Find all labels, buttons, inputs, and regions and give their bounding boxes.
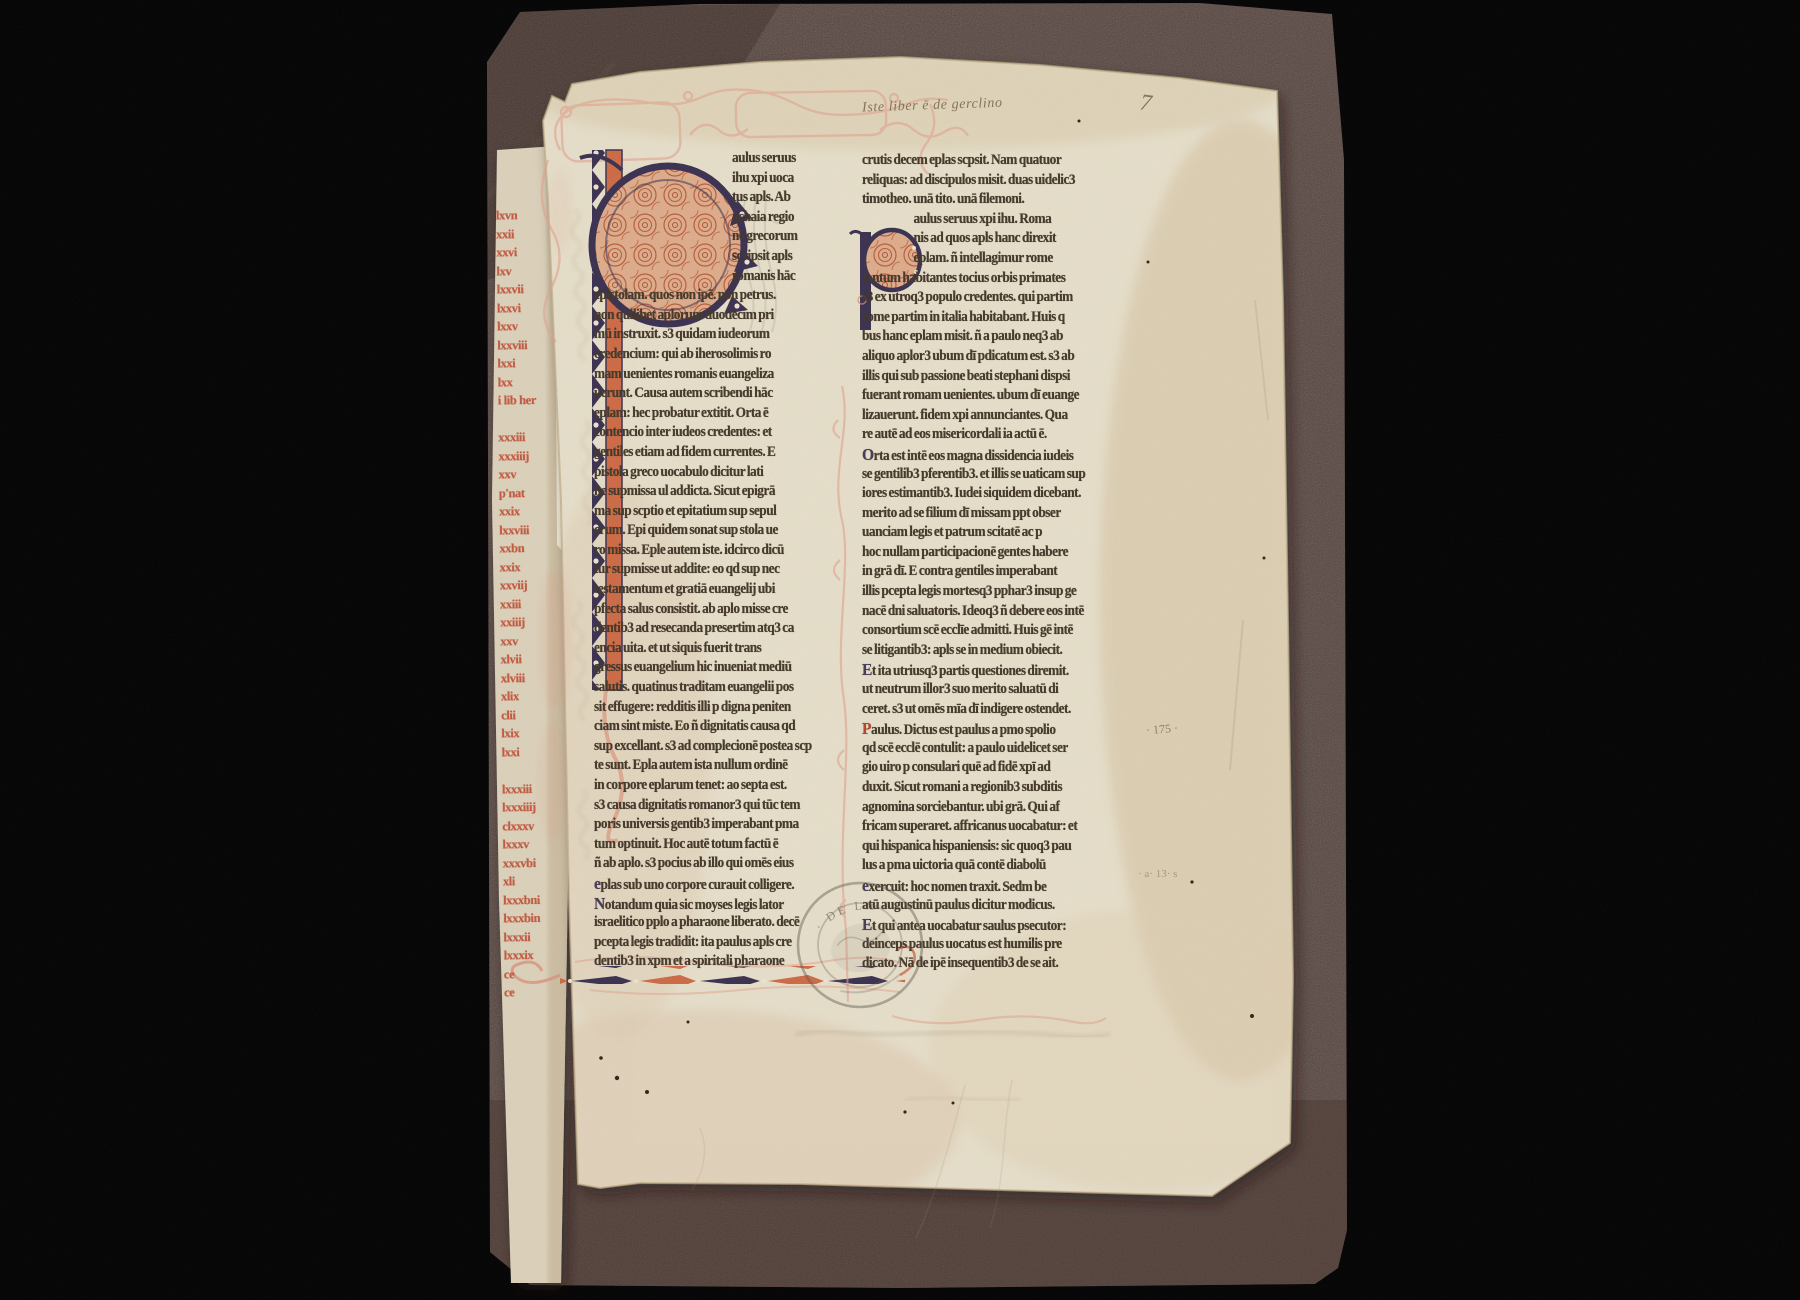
text-line: gio uiro p consulari quē ad fidē xpī ad (862, 758, 1098, 778)
text-line: fuerant romam uenientes. ubum dī euange (862, 386, 1098, 406)
text-line: testamentum et gratiā euangelij ubi (594, 580, 818, 600)
text-line: sit effugere: redditis illi p digna peni… (594, 698, 818, 718)
chapter-numeral (502, 761, 568, 780)
text-line: aulus seruus xpi ihu. Roma (862, 210, 1098, 230)
chapter-numeral: clii (501, 705, 567, 724)
right-text-column: crutis decem eplas scpsit. Nam quatuorre… (862, 151, 1118, 974)
text-line: qd scē ecclē contulit: a paulo uidelicet… (862, 739, 1098, 759)
text-line: deinceps paulus uocatus est humilis pre (862, 935, 1098, 955)
text-line: Et qui antea uocabatur saulus psecutor: (862, 915, 1098, 935)
chapter-numeral: xxxvbi (503, 853, 569, 872)
chapter-numeral: lxix (501, 724, 567, 743)
chapter-numeral (498, 409, 564, 428)
text-line: s3 ex utroq3 populo credentes. qui parti… (862, 288, 1098, 308)
text-line: epistolam. quos non ipē. non petrus. (594, 286, 818, 306)
chapter-numeral: xxvi (496, 243, 562, 262)
text-line: uerunt. Causa autem scribendi hāc (594, 384, 818, 404)
text-line: se litigantib3: apls se in medium obieci… (862, 641, 1098, 661)
text-line: poris universis gentib3 imperabant pma (594, 815, 818, 835)
text-line: illis qui sub passione beati stephani di… (862, 367, 1098, 387)
text-line: achaia regio (594, 208, 818, 228)
chapter-numeral: i lib her (498, 391, 564, 410)
text-line: in grā dī. E contra gentiles imperabant (862, 562, 1098, 582)
text-line: dentib3 in xpm et a spiritali pharaone (594, 952, 818, 972)
text-line: ut neutrum illor3 suo merito saluatū di (862, 680, 1098, 700)
chapter-numeral: lxxvi (497, 298, 563, 317)
text-line: tantum habitantes tocius orbis primates (862, 269, 1098, 289)
chapter-numeral: lxxviii (497, 335, 563, 354)
text-line: ne grecorum (594, 227, 818, 247)
text-line: aliquo aplor3 ubum dī pdicatum est. s3 a… (862, 347, 1098, 367)
text-line: crum. Epi quidem sonat sup stola ue (594, 521, 818, 541)
text-line: pfecta salus consistit. ab aplo misse cr… (594, 600, 818, 620)
text-line: uanciam legis et patrum scitatē ac p (862, 523, 1098, 543)
text-line: in corpore eplarum tenet: ao septa est. (594, 776, 818, 796)
chapter-numeral: xxii (496, 224, 562, 243)
chapter-numeral: xxiii (500, 594, 566, 613)
chapter-numeral: lxxi (501, 742, 567, 761)
text-line: scripsit apls (594, 247, 818, 267)
chapter-numeral: lxv (496, 261, 562, 280)
chapter-numeral: lxxi (497, 354, 563, 373)
chapter-numeral: lxxxii (503, 927, 569, 946)
text-line: qui hispanica hispaniensis: sic quoq3 pa… (862, 837, 1098, 857)
text-line: duxit. Sicut romani a regionib3 subditis (862, 778, 1098, 798)
text-line: ne supmissa ul addicta. Sicut epigrā (594, 482, 818, 502)
text-line: israelitico pplo a pharaone liberato. de… (594, 913, 818, 933)
text-line: ma sup scptio et epitatium sup sepul (594, 502, 818, 522)
text-line: mū instruxit. s3 quidam iudeorum (594, 325, 818, 345)
text-line: eplam: hec probatur extitit. Orta ē (594, 404, 818, 424)
chapter-numeral: xxv (499, 465, 565, 484)
text-line: romanis hāc (594, 267, 818, 287)
text-line: dentib3 ad resecanda presertim atq3 ca (594, 619, 818, 639)
chapter-numeral: lxxxiiij (502, 798, 568, 817)
chapter-numeral: lxvn (496, 206, 562, 225)
text-line: s3 causa dignitatis romanor3 qui tūc tem (594, 796, 818, 816)
text-line: re autē ad eos misericordali ia actū ē. (862, 425, 1098, 445)
text-line: ihu xpi uoca (594, 169, 818, 189)
text-line: atū augustinū paulus dicitur modicus. (862, 896, 1098, 916)
text-line: credencium: qui ab iherosolimis ro (594, 345, 818, 365)
chapter-numeral: xli (503, 872, 569, 891)
text-line: merito ad se filium dī missam ppt obser (862, 504, 1098, 524)
chapter-numeral: xxv (500, 631, 566, 650)
text-line: Paulus. Dictus est paulus a pmo spolio (862, 719, 1098, 739)
text-line: contencio inter iudeos credentes: et (594, 423, 818, 443)
text-layer: Iste liber ē de gerclino 7 lxvnxxiixxvil… (0, 0, 1800, 1300)
chapter-numeral: lxxv (497, 317, 563, 336)
chapter-numeral: xlviii (501, 668, 567, 687)
chapter-numeral: xxiiij (500, 613, 566, 632)
text-line: Notandum quia sic moyses legis lator (594, 894, 818, 914)
text-line: bus hanc eplam misit. ñ a paulo neq3 ab (862, 327, 1098, 347)
chapter-numeral: lxxxbni (503, 890, 569, 909)
text-line: pcepta legis tradidit: ita paulus apls c… (594, 933, 818, 953)
margin-note-lower: · a· 13· s (1138, 868, 1177, 880)
text-line: illis pcepta legis mortesq3 pphar3 insup… (862, 582, 1098, 602)
chapter-numeral: clxxxv (502, 816, 568, 835)
text-line: reliquas: ad discipulos misit. duas uide… (862, 171, 1098, 191)
chapter-numeral: xlvii (500, 650, 566, 669)
text-line: non quilibet aplorum duodecim pri (594, 306, 818, 326)
text-line: tur supmisse ut addite: eo qd sup nec (594, 560, 818, 580)
text-line: lus a pma uictoria quā contē diabolū (862, 856, 1098, 876)
text-line: gressus euangelium hic inueniat mediū (594, 658, 818, 678)
text-line: Orta est intē eos magna dissidencia iude… (862, 445, 1098, 465)
chapter-numeral: xxix (499, 502, 565, 521)
chapter-numeral: xlix (501, 687, 567, 706)
left-text-column: aulus seruusihu xpi uocatus apls. Abacha… (594, 149, 838, 972)
text-line: consortium scē ecclīe admitti. Huis gē i… (862, 621, 1098, 641)
text-line: tum optinuit. Hoc autē totum factū ē (594, 835, 818, 855)
text-line: rome partim in italia habitabant. Huis q (862, 308, 1098, 328)
chapter-numeral: lxxvii (497, 280, 563, 299)
chapter-numeral: lxxviii (499, 520, 565, 539)
chapter-numeral: lxxxv (502, 835, 568, 854)
text-line: ceret. s3 ut omēs mīa dī indigere ostend… (862, 700, 1098, 720)
text-line: se gentilib3 pferentib3. et illis se uat… (862, 465, 1098, 485)
text-line: iores estimantib3. Iudei siquidem diceba… (862, 484, 1098, 504)
text-line: nis ad quos apls hanc direxit (862, 229, 1098, 249)
chapter-numeral: p'nat (499, 483, 565, 502)
chapter-numeral: xxxiii (498, 428, 564, 447)
text-line: eplam. ñ intellagimur rome (862, 249, 1098, 269)
text-line: encia uita. et ut siquis fuerit trans (594, 639, 818, 659)
chapter-numeral: xxix (500, 557, 566, 576)
margin-note-upper: · 175 · (1146, 721, 1179, 738)
text-line: aulus seruus (594, 149, 818, 169)
chapter-numeral: xxxiiij (498, 446, 564, 465)
text-line: eplas sub uno corpore curauit colligere. (594, 874, 818, 894)
text-line: pistola greco uocabulo dicitur lati (594, 463, 818, 483)
text-line: lizauerunt. fidem xpi annunciantes. Qua (862, 406, 1098, 426)
text-line: sup excellant. s3 ad complecionē postea … (594, 737, 818, 757)
text-line: gentiles etiam ad fidem currentes. E (594, 443, 818, 463)
manuscript-photo: Iste liber ē de gerclino 7 lxvnxxiixxvil… (0, 0, 1800, 1300)
chapter-numeral: lxxxbin (503, 909, 569, 928)
text-line: dicato. Nā de ipē insequentib3 de se ait… (862, 954, 1098, 974)
text-line: tus apls. Ab (594, 188, 818, 208)
chapter-numerals-column: lxvnxxiixxvilxvlxxviilxxvilxxvlxxviiilxx… (496, 206, 570, 1002)
chapter-numeral: lxxxiii (502, 779, 568, 798)
folio-number: 7 (1138, 89, 1153, 116)
text-line: ciam sint miste. Eo ñ dignitatis causa q… (594, 717, 818, 737)
text-line: crutis decem eplas scpsit. Nam quatuor (862, 151, 1098, 171)
ownership-inscription: Iste liber ē de gerclino (862, 91, 1122, 116)
text-line: timotheo. unā tito. unā filemoni. (862, 190, 1098, 210)
chapter-numeral: lxx (498, 372, 564, 391)
text-line: fricam superaret. affricanus uocabatur: … (862, 817, 1098, 837)
text-line: Et ita utriusq3 partis questiones diremi… (862, 660, 1098, 680)
text-line: hoc nullam participacionē gentes habere (862, 543, 1098, 563)
chapter-numeral: ce (504, 964, 570, 983)
chapter-numeral: ce (504, 983, 570, 1002)
text-line: ñ ab aplo. s3 pocius ab illo qui omēs ei… (594, 854, 818, 874)
chapter-numeral: lxxxix (504, 946, 570, 965)
text-line: agnomina sorciebantur. ubi grā. Qui af (862, 798, 1098, 818)
text-line: salutis. quatinus traditam euangelii pos (594, 678, 818, 698)
text-line: te sunt. Epla autem ista nullum ordinē (594, 756, 818, 776)
text-line: nacē dni saluatoris. Ideoq3 ñ debere eos… (862, 602, 1098, 622)
text-line: ro missa. Eple autem iste. idcirco dicū (594, 541, 818, 561)
text-line: exercuit: hoc nomen traxit. Sedm be (862, 876, 1098, 896)
chapter-numeral: xxbn (499, 539, 565, 558)
chapter-numeral: xxviij (500, 576, 566, 595)
text-line: mam uenientes romanis euangeliza (594, 365, 818, 385)
